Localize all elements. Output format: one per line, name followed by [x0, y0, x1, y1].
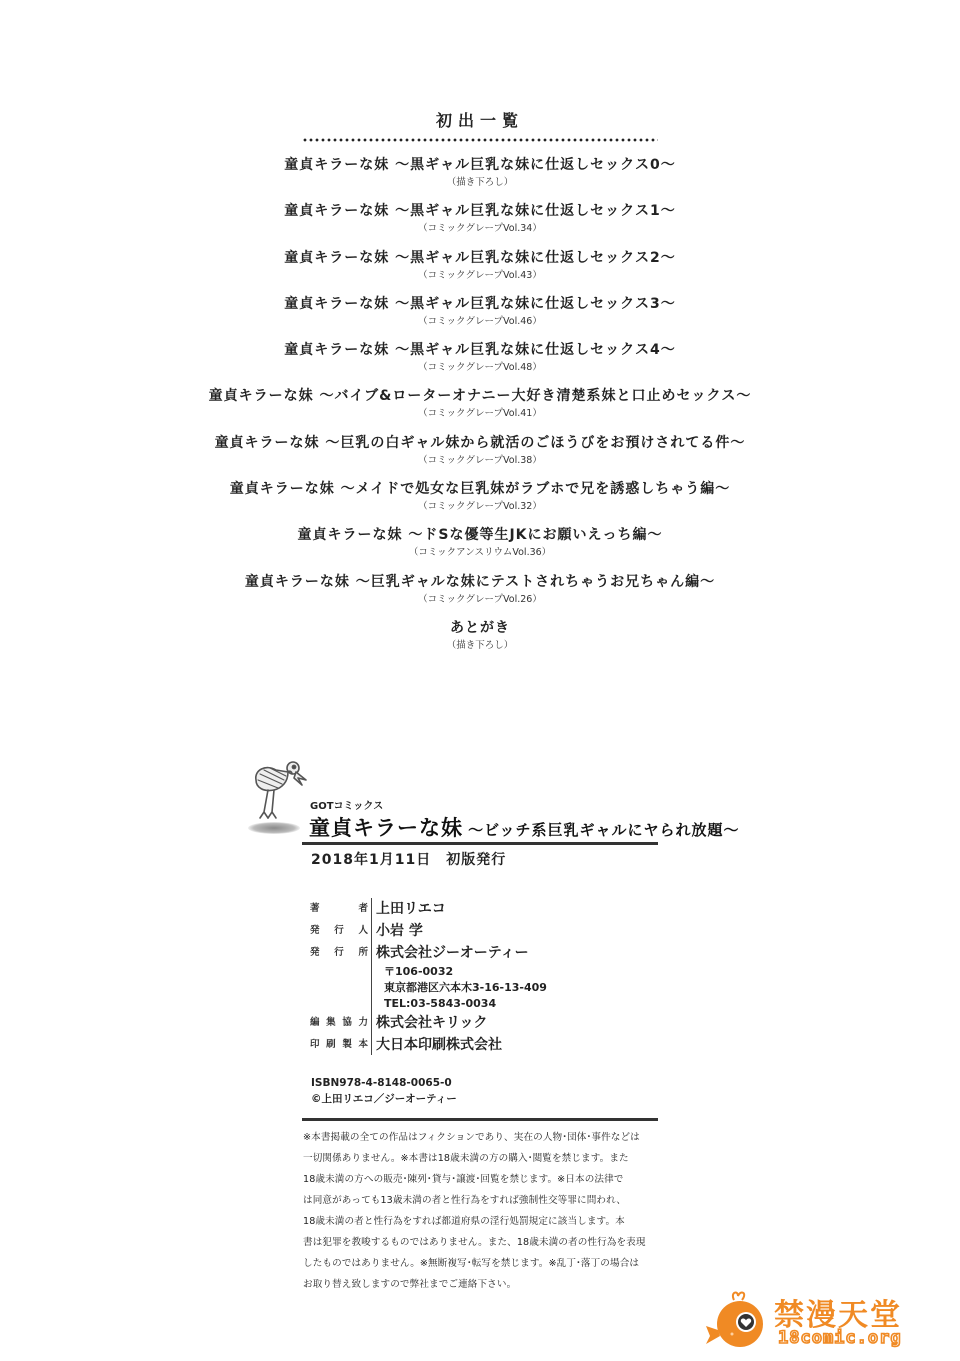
- toc-item-title: あとがき: [0, 619, 960, 637]
- credit-value: 大日本印刷株式会社: [376, 1034, 502, 1056]
- bird-shadow: [248, 822, 300, 834]
- toc-item: 童貞キラーな妹 〜巨乳の白ギャル妹から就活のごほうびをお預けされてる件〜 （コミ…: [0, 434, 960, 480]
- toc-item-source: （描き下ろし）: [0, 176, 960, 190]
- notice-line: 書は犯罪を教唆するものではありません。また、18歳未満の者の性行為を表現: [303, 1232, 659, 1253]
- credit-row-editorial: 編集協力 株式会社キリック: [310, 1012, 547, 1034]
- credit-label: 発行人: [310, 920, 376, 942]
- book-title: 童貞キラーな妹 〜ビッチ系巨乳ギャルにヤられ放題〜: [309, 812, 740, 842]
- toc-item: 童貞キラーな妹 〜黒ギャル巨乳な妹に仕返しセックス2〜 （コミックグレープVol…: [0, 249, 960, 295]
- notice-line: ※本書掲載の全ての作品はフィクションであり、実在の人物･団体･事件などは: [303, 1127, 659, 1148]
- toc-item-source: （コミックグレープVol.26）: [0, 593, 960, 607]
- book-title-sub: 〜ビッチ系巨乳ギャルにヤられ放題〜: [468, 821, 739, 839]
- credits-block: 著者 上田リエコ 発行人 小岩 学 発行所 株式会社ジーオーティー 〒106-0…: [310, 898, 547, 1056]
- toc-item-title: 童貞キラーな妹 〜巨乳の白ギャル妹から就活のごほうびをお預けされてる件〜: [0, 434, 960, 452]
- notice-rule: [302, 1118, 658, 1121]
- toc-item-title: 童貞キラーな妹 〜黒ギャル巨乳な妹に仕返しセックス3〜: [0, 295, 960, 313]
- toc-item-title: 童貞キラーな妹 〜巨乳ギャルな妹にテストされちゃうお兄ちゃん編〜: [0, 573, 960, 591]
- credit-row-printing: 印刷製本 大日本印刷株式会社: [310, 1034, 547, 1056]
- watermark-url: 18comic.org: [778, 1328, 902, 1348]
- toc-item-source: （コミックグレープVol.46）: [0, 315, 960, 329]
- toc-item-source: （描き下ろし）: [0, 639, 960, 653]
- credit-publisher-block: 株式会社ジーオーティー 〒106-0032 東京都港区六本木3-16-13-40…: [376, 942, 547, 1012]
- legal-notice: ※本書掲載の全ての作品はフィクションであり、実在の人物･団体･事件などは 一切関…: [303, 1127, 659, 1295]
- watermark-logo: 禁漫天堂 18comic.org: [704, 1286, 960, 1356]
- notice-line: は同意があっても13歳未満の者と性行為をすれば強制性交等罪に問われ、: [303, 1190, 659, 1211]
- toc-item: 童貞キラーな妹 〜ドSな優等生JKにお願いえっち編〜 （コミックアンスリウムVo…: [0, 526, 960, 572]
- title-rule: [302, 842, 658, 845]
- dotted-divider: [302, 138, 658, 142]
- toc-item-title: 童貞キラーな妹 〜メイドで処女な巨乳妹がラブホで兄を誘惑しちゃう編〜: [0, 480, 960, 498]
- isbn: ISBN978-4-8148-0065-0: [311, 1075, 452, 1091]
- credit-row-publisher-person: 発行人 小岩 学: [310, 920, 547, 942]
- toc-item-source: （コミックグレープVol.48）: [0, 361, 960, 375]
- telephone: TEL:03-5843-0034: [376, 996, 547, 1012]
- credit-value: 株式会社キリック: [376, 1012, 487, 1034]
- notice-line: したものではありません。※無断複写･転写を禁じます。※乱丁･落丁の場合は: [303, 1253, 659, 1274]
- credit-value: 上田リエコ: [376, 898, 446, 920]
- toc-item: 童貞キラーな妹 〜黒ギャル巨乳な妹に仕返しセックス0〜 （描き下ろし）: [0, 156, 960, 202]
- credit-label: 印刷製本: [310, 1034, 376, 1056]
- toc-item: 童貞キラーな妹 〜バイブ&ローターオナニー大好き清楚系妹と口止めセックス〜 （コ…: [0, 387, 960, 433]
- toc-item-title: 童貞キラーな妹 〜黒ギャル巨乳な妹に仕返しセックス0〜: [0, 156, 960, 174]
- credit-row-publisher: 発行所 株式会社ジーオーティー 〒106-0032 東京都港区六本木3-16-1…: [310, 942, 547, 1012]
- postal-code: 〒106-0032: [376, 964, 547, 980]
- toc-item-title: 童貞キラーな妹 〜バイブ&ローターオナニー大好き清楚系妹と口止めセックス〜: [0, 387, 960, 405]
- toc-item-source: （コミックグレープVol.38）: [0, 454, 960, 468]
- toc-item-source: （コミックグレープVol.41）: [0, 407, 960, 421]
- toc-item-title: 童貞キラーな妹 〜黒ギャル巨乳な妹に仕返しセックス1〜: [0, 202, 960, 220]
- toc-item-title: 童貞キラーな妹 〜黒ギャル巨乳な妹に仕返しセックス2〜: [0, 249, 960, 267]
- publication-date: 2018年1月11日 初版発行: [311, 849, 506, 869]
- notice-line: 18歳未満の方への販売･陳列･貸与･譲渡･回覧を禁じます。※日本の法律で: [303, 1169, 659, 1190]
- toc-heading: 初出一覧: [0, 108, 960, 131]
- toc-item-title: 童貞キラーな妹 〜黒ギャル巨乳な妹に仕返しセックス4〜: [0, 341, 960, 359]
- toc-item-source: （コミックグレープVol.32）: [0, 500, 960, 514]
- notice-line: 18歳未満の者と性行為をすれば都道府県の淫行処罰規定に該当します。本: [303, 1211, 659, 1232]
- toc-item: 童貞キラーな妹 〜黒ギャル巨乳な妹に仕返しセックス3〜 （コミックグレープVol…: [0, 295, 960, 341]
- toc-item: あとがき （描き下ろし）: [0, 619, 960, 665]
- toc-item: 童貞キラーな妹 〜メイドで処女な巨乳妹がラブホで兄を誘惑しちゃう編〜 （コミック…: [0, 480, 960, 526]
- mascot-icon: [704, 1286, 772, 1354]
- credit-value: 株式会社ジーオーティー: [376, 942, 547, 964]
- credit-label: 著者: [310, 898, 376, 920]
- credit-value: 小岩 学: [376, 920, 423, 942]
- book-title-main: 童貞キラーな妹: [309, 816, 463, 840]
- toc-item-source: （コミックグレープVol.43）: [0, 269, 960, 283]
- toc-item: 童貞キラーな妹 〜黒ギャル巨乳な妹に仕返しセックス1〜 （コミックグレープVol…: [0, 202, 960, 248]
- street-address: 東京都港区六本木3-16-13-409: [376, 980, 547, 996]
- imprint-label: GOTコミックス: [310, 797, 383, 812]
- toc-item-source: （コミックアンスリウムVol.36）: [0, 546, 960, 560]
- credit-row-author: 著者 上田リエコ: [310, 898, 547, 920]
- notice-line: 一切関係ありません。※本書は18歳未満の方の購入･閲覧を禁じます。また: [303, 1148, 659, 1169]
- toc-item-title: 童貞キラーな妹 〜ドSな優等生JKにお願いえっち編〜: [0, 526, 960, 544]
- toc-item: 童貞キラーな妹 〜黒ギャル巨乳な妹に仕返しセックス4〜 （コミックグレープVol…: [0, 341, 960, 387]
- toc-item-source: （コミックグレープVol.34）: [0, 222, 960, 236]
- copyright: ©上田リエコ／ジーオーティー: [311, 1091, 457, 1107]
- credit-label: 発行所: [310, 942, 376, 964]
- credit-label: 編集協力: [310, 1012, 376, 1034]
- toc-list: 童貞キラーな妹 〜黒ギャル巨乳な妹に仕返しセックス0〜 （描き下ろし） 童貞キラ…: [0, 156, 960, 665]
- toc-item: 童貞キラーな妹 〜巨乳ギャルな妹にテストされちゃうお兄ちゃん編〜 （コミックグレ…: [0, 573, 960, 619]
- notice-line: お取り替え致しますので弊社までご連絡下さい。: [303, 1274, 659, 1295]
